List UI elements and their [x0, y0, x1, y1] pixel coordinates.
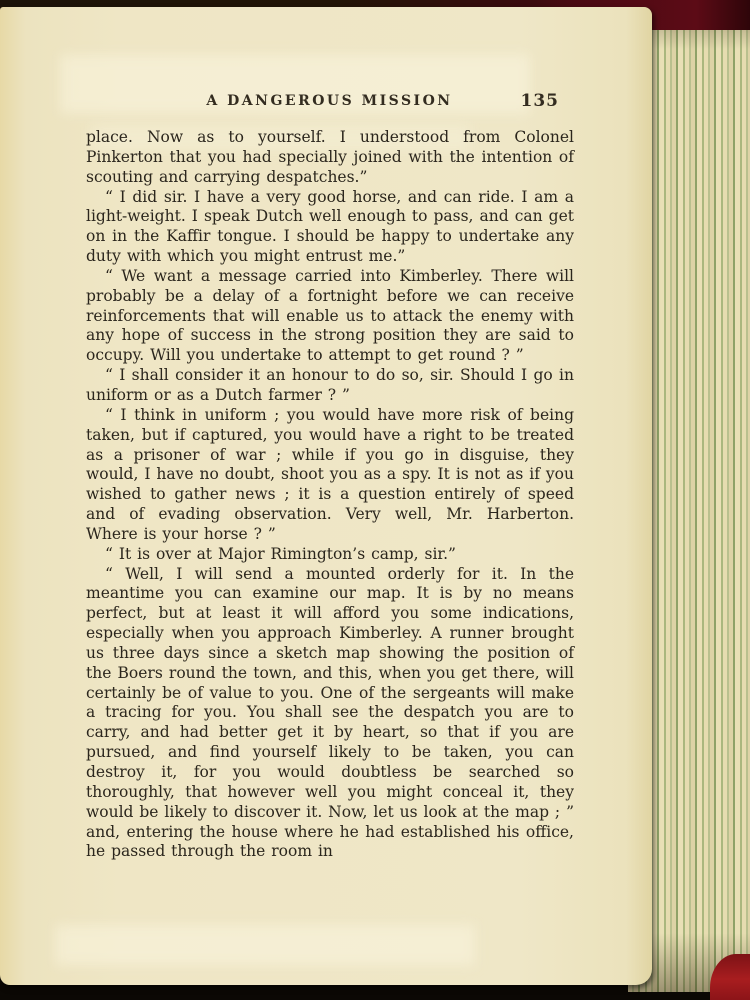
body-paragraph: “ We want a message carried into Kimberl… [86, 267, 574, 366]
body-paragraph: “ I did sir. I have a very good horse, a… [86, 188, 574, 267]
running-head: A DANGEROUS MISSION 135 [86, 93, 573, 115]
running-head-title: A DANGEROUS MISSION [206, 93, 452, 109]
body-paragraph: “ Well, I will send a mounted orderly fo… [86, 565, 574, 863]
page-number: 135 [521, 91, 560, 111]
body-paragraph: “ I think in uniform ; you would have mo… [86, 406, 574, 545]
scan-light-band [55, 925, 475, 965]
body-paragraph: “ I shall consider it an honour to do so… [86, 366, 574, 406]
book-page: A DANGEROUS MISSION 135 place. Now as to… [0, 7, 652, 985]
body-paragraph: “ It is over at Major Rimington’s camp, … [86, 545, 574, 565]
body-paragraph: place. Now as to yourself. I understood … [86, 128, 574, 188]
scanned-book-photo: A DANGEROUS MISSION 135 place. Now as to… [0, 0, 750, 1000]
text-block: place. Now as to yourself. I understood … [86, 128, 574, 862]
